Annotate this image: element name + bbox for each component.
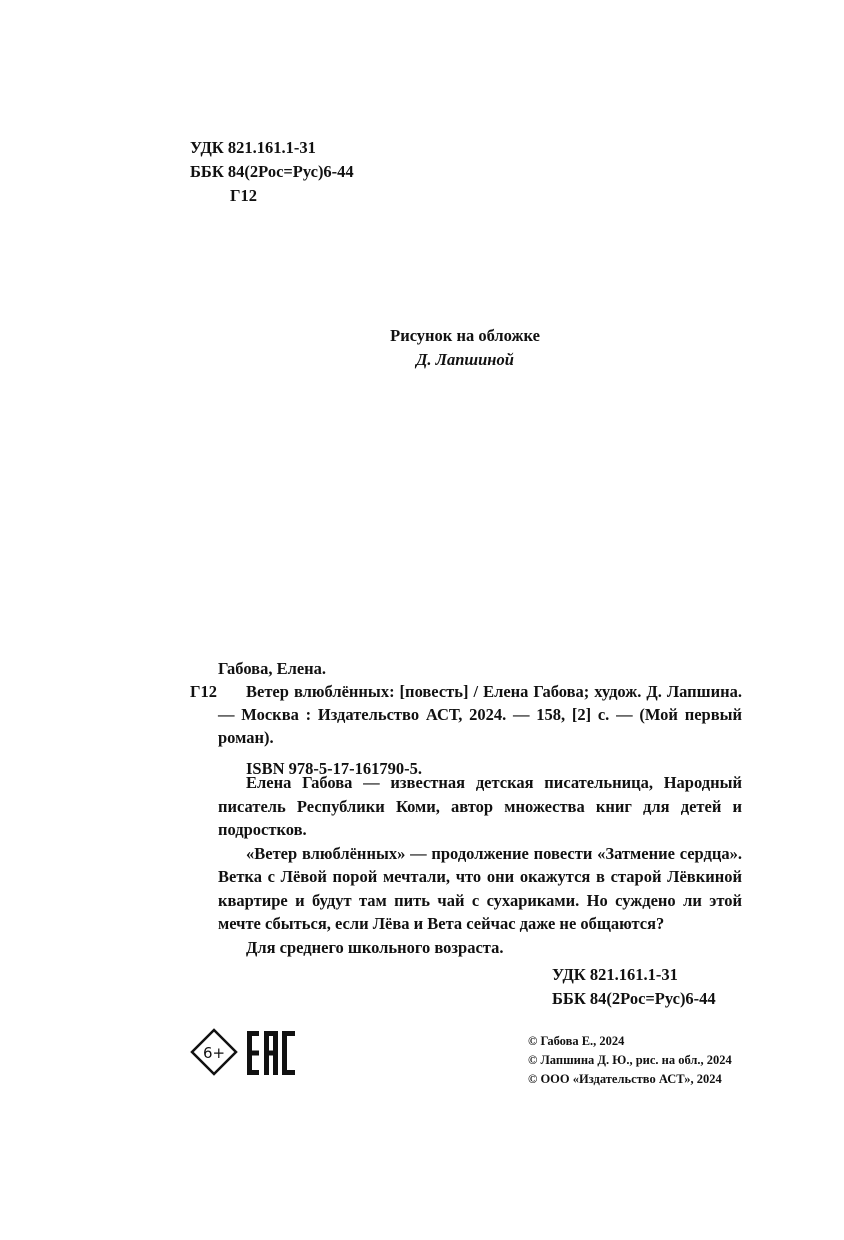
annotation-paragraph: Для среднего школьного возраста. <box>218 936 742 960</box>
bbk-code-footer: ББК 84(2Рос=Рус)6-44 <box>552 987 716 1011</box>
copyright-block: © Габова Е., 2024 © Лапшина Д. Ю., рис. … <box>528 1032 732 1089</box>
copyright-line: © Лапшина Д. Ю., рис. на обл., 2024 <box>528 1051 732 1070</box>
age-rating-icon: 6+ <box>190 1028 238 1076</box>
annotation-paragraph: «Ветер влюблённых» — продолжение повести… <box>218 842 742 936</box>
record-code: Г12 <box>190 680 217 703</box>
bibliographic-record: Габова, Елена. Г12 Ветер влюблённых: [по… <box>190 657 742 780</box>
copyright-line: © Габова Е., 2024 <box>528 1032 732 1051</box>
record-description: Ветер влюблённых: [повесть] / Елена Габо… <box>218 680 742 749</box>
cover-credit-label: Рисунок на обложке <box>330 324 600 348</box>
record-entry: Г12 Ветер влюблённых: [повесть] / Елена … <box>190 680 742 749</box>
cover-artist: Д. Лапшиной <box>330 348 600 372</box>
copyright-line: © ООО «Издательство АСТ», 2024 <box>528 1070 732 1089</box>
classification-footer: УДК 821.161.1-31 ББК 84(2Рос=Рус)6-44 <box>552 963 716 1011</box>
author-mark: Г12 <box>190 184 354 208</box>
udk-code: УДК 821.161.1-31 <box>190 136 354 160</box>
bbk-code: ББК 84(2Рос=Рус)6-44 <box>190 160 354 184</box>
age-rating-label: 6+ <box>203 1044 225 1062</box>
cover-credit: Рисунок на обложке Д. Лапшиной <box>330 324 600 372</box>
annotation-paragraph: Елена Габова — известная детская писател… <box>218 771 742 842</box>
udk-code-footer: УДК 821.161.1-31 <box>552 963 716 987</box>
annotation: Елена Габова — известная детская писател… <box>218 771 742 959</box>
classification-header: УДК 821.161.1-31 ББК 84(2Рос=Рус)6-44 Г1… <box>190 136 354 208</box>
author-heading: Габова, Елена. <box>190 657 742 680</box>
eac-conformity-icon <box>246 1030 296 1076</box>
